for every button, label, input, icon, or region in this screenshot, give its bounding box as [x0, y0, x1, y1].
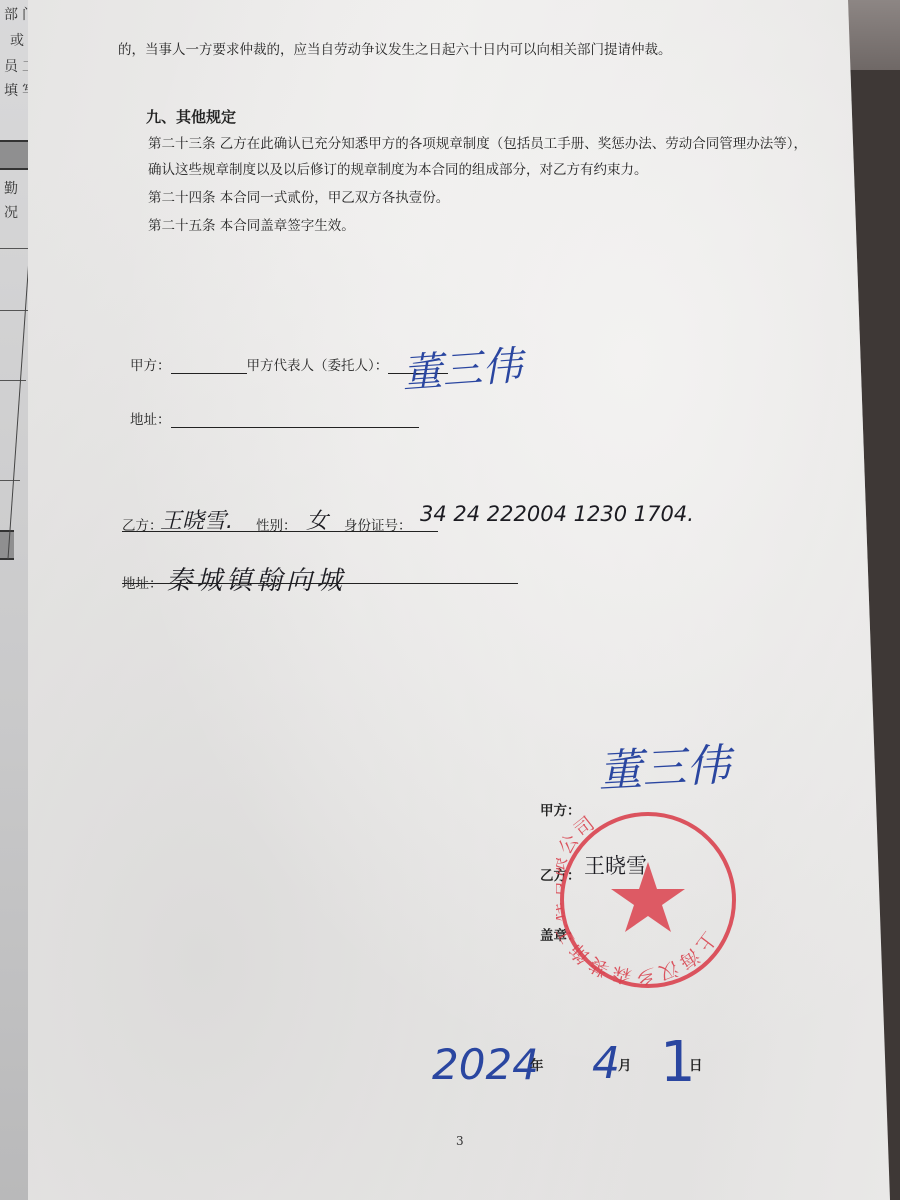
party-a-address-field[interactable] — [171, 427, 419, 428]
arbitration-clause-line: 的，当事人一方要求仲裁的，应当自劳动争议发生之日起六十日内可以向相关部门提请仲裁… — [118, 38, 672, 58]
company-seal: 上海汉乡森装饰工程有限公司 — [556, 800, 736, 990]
side-label: 或 — [10, 30, 28, 50]
party-b-underline — [122, 531, 438, 532]
party-a-address-label: 地址： — [130, 412, 171, 428]
section-title: 九、其他规定 — [146, 106, 236, 127]
page-number: 3 — [456, 1134, 464, 1148]
party-b-address-underline[interactable] — [122, 583, 518, 584]
table-rule — [0, 380, 26, 381]
day-label: 日 — [689, 1054, 703, 1074]
date-year: 2024 — [432, 1040, 539, 1089]
party-a-signature: 董三伟 — [596, 729, 731, 800]
side-label: 况 — [4, 202, 22, 222]
date-month: 4 — [592, 1038, 620, 1089]
table-rule — [0, 480, 20, 481]
article-24: 第二十四条 本合同一式贰份，甲乙双方各执壹份。 — [148, 186, 449, 206]
party-a-address-line: 地址： — [130, 408, 419, 428]
month-label: 月 — [618, 1054, 632, 1074]
party-b-address-value: 秦城镇翰向城 — [166, 560, 346, 597]
article-25: 第二十五条 本合同盖章签字生效。 — [148, 214, 355, 234]
party-a-label: 甲方： — [130, 358, 171, 374]
id-number-value: 34 24 222004 1230 1704. — [420, 502, 694, 526]
party-a-name-field[interactable] — [171, 373, 247, 374]
party-a-rep-label: 甲方代表人（委托人）： — [247, 358, 389, 374]
party-b-address-label: 地址： — [122, 572, 163, 592]
party-a-rep-signature: 董三伟 — [400, 334, 524, 399]
article-23-line-2: 确认这些规章制度以及以后修订的规章制度为本合同的组成部分，对乙方有约束力。 — [148, 158, 648, 178]
year-label: 年 — [530, 1054, 544, 1074]
contract-page — [28, 0, 890, 1200]
party-b-signature: 王晓雪 — [584, 850, 647, 880]
side-label: 勤 — [4, 178, 22, 198]
article-23-line-1: 第二十三条 乙方在此确认已充分知悉甲方的各项规章制度（包括员工手册、奖惩办法、劳… — [148, 132, 807, 152]
